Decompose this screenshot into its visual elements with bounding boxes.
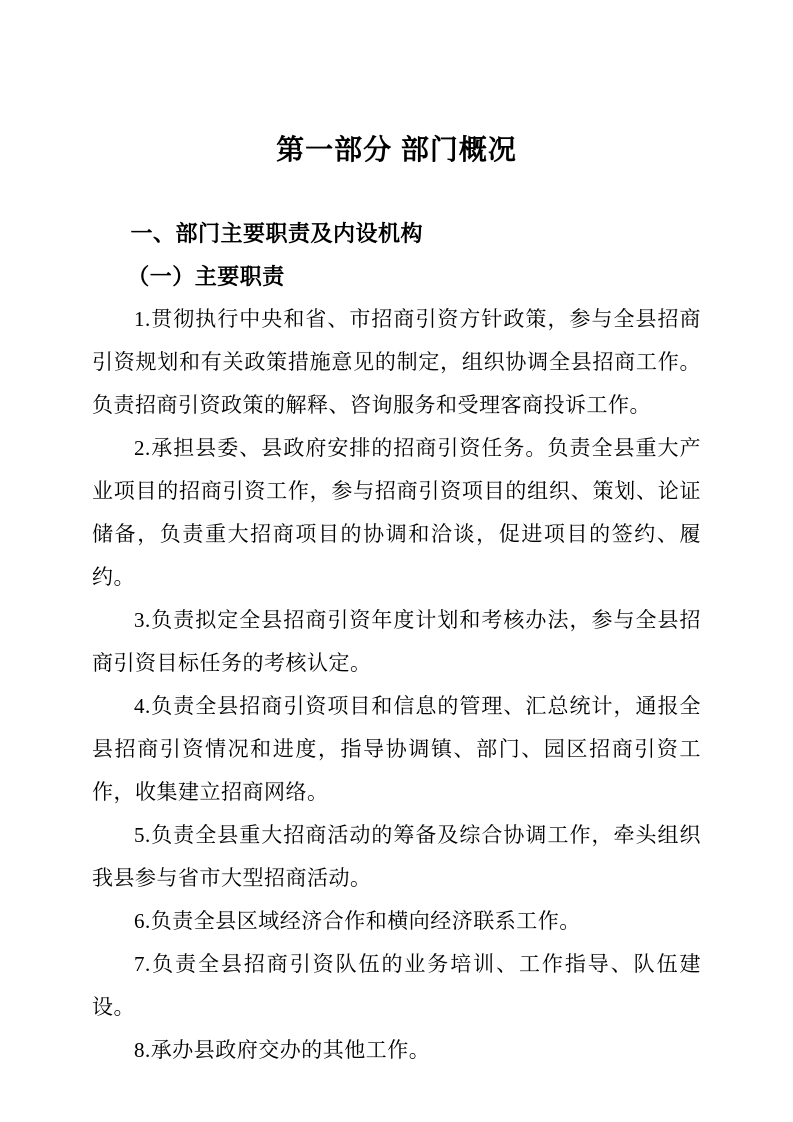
paragraph-duty-5: 5.负责全县重大招商活动的筹备及综合协调工作，牵头组织我县参与省市大型招商活动。 [92, 814, 701, 900]
paragraph-duty-1: 1.贯彻执行中央和省、市招商引资方针政策，参与全县招商引资规划和有关政策措施意见… [92, 298, 701, 427]
paragraph-duty-8: 8.承办县政府交办的其他工作。 [92, 1029, 701, 1072]
paragraph-duty-4: 4.负责全县招商引资项目和信息的管理、汇总统计，通报全县招商引资情况和进度，指导… [92, 685, 701, 814]
document-page: 第一部分 部门概况 一、部门主要职责及内设机构 （一）主要职责 1.贯彻执行中央… [0, 0, 793, 1122]
document-title: 第一部分 部门概况 [92, 132, 701, 168]
paragraph-duty-6: 6.负责全县区域经济合作和横向经济联系工作。 [92, 900, 701, 943]
section-heading-main-duties-and-internal-structure: 一、部门主要职责及内设机构 [92, 212, 701, 255]
paragraph-duty-3: 3.负责拟定全县招商引资年度计划和考核办法，参与全县招商引资目标任务的考核认定。 [92, 599, 701, 685]
paragraph-duty-7: 7.负责全县招商引资队伍的业务培训、工作指导、队伍建设。 [92, 943, 701, 1029]
paragraph-duty-2: 2.承担县委、县政府安排的招商引资任务。负责全县重大产业项目的招商引资工作，参与… [92, 427, 701, 599]
subsection-heading-main-duties: （一）主要职责 [92, 255, 701, 298]
